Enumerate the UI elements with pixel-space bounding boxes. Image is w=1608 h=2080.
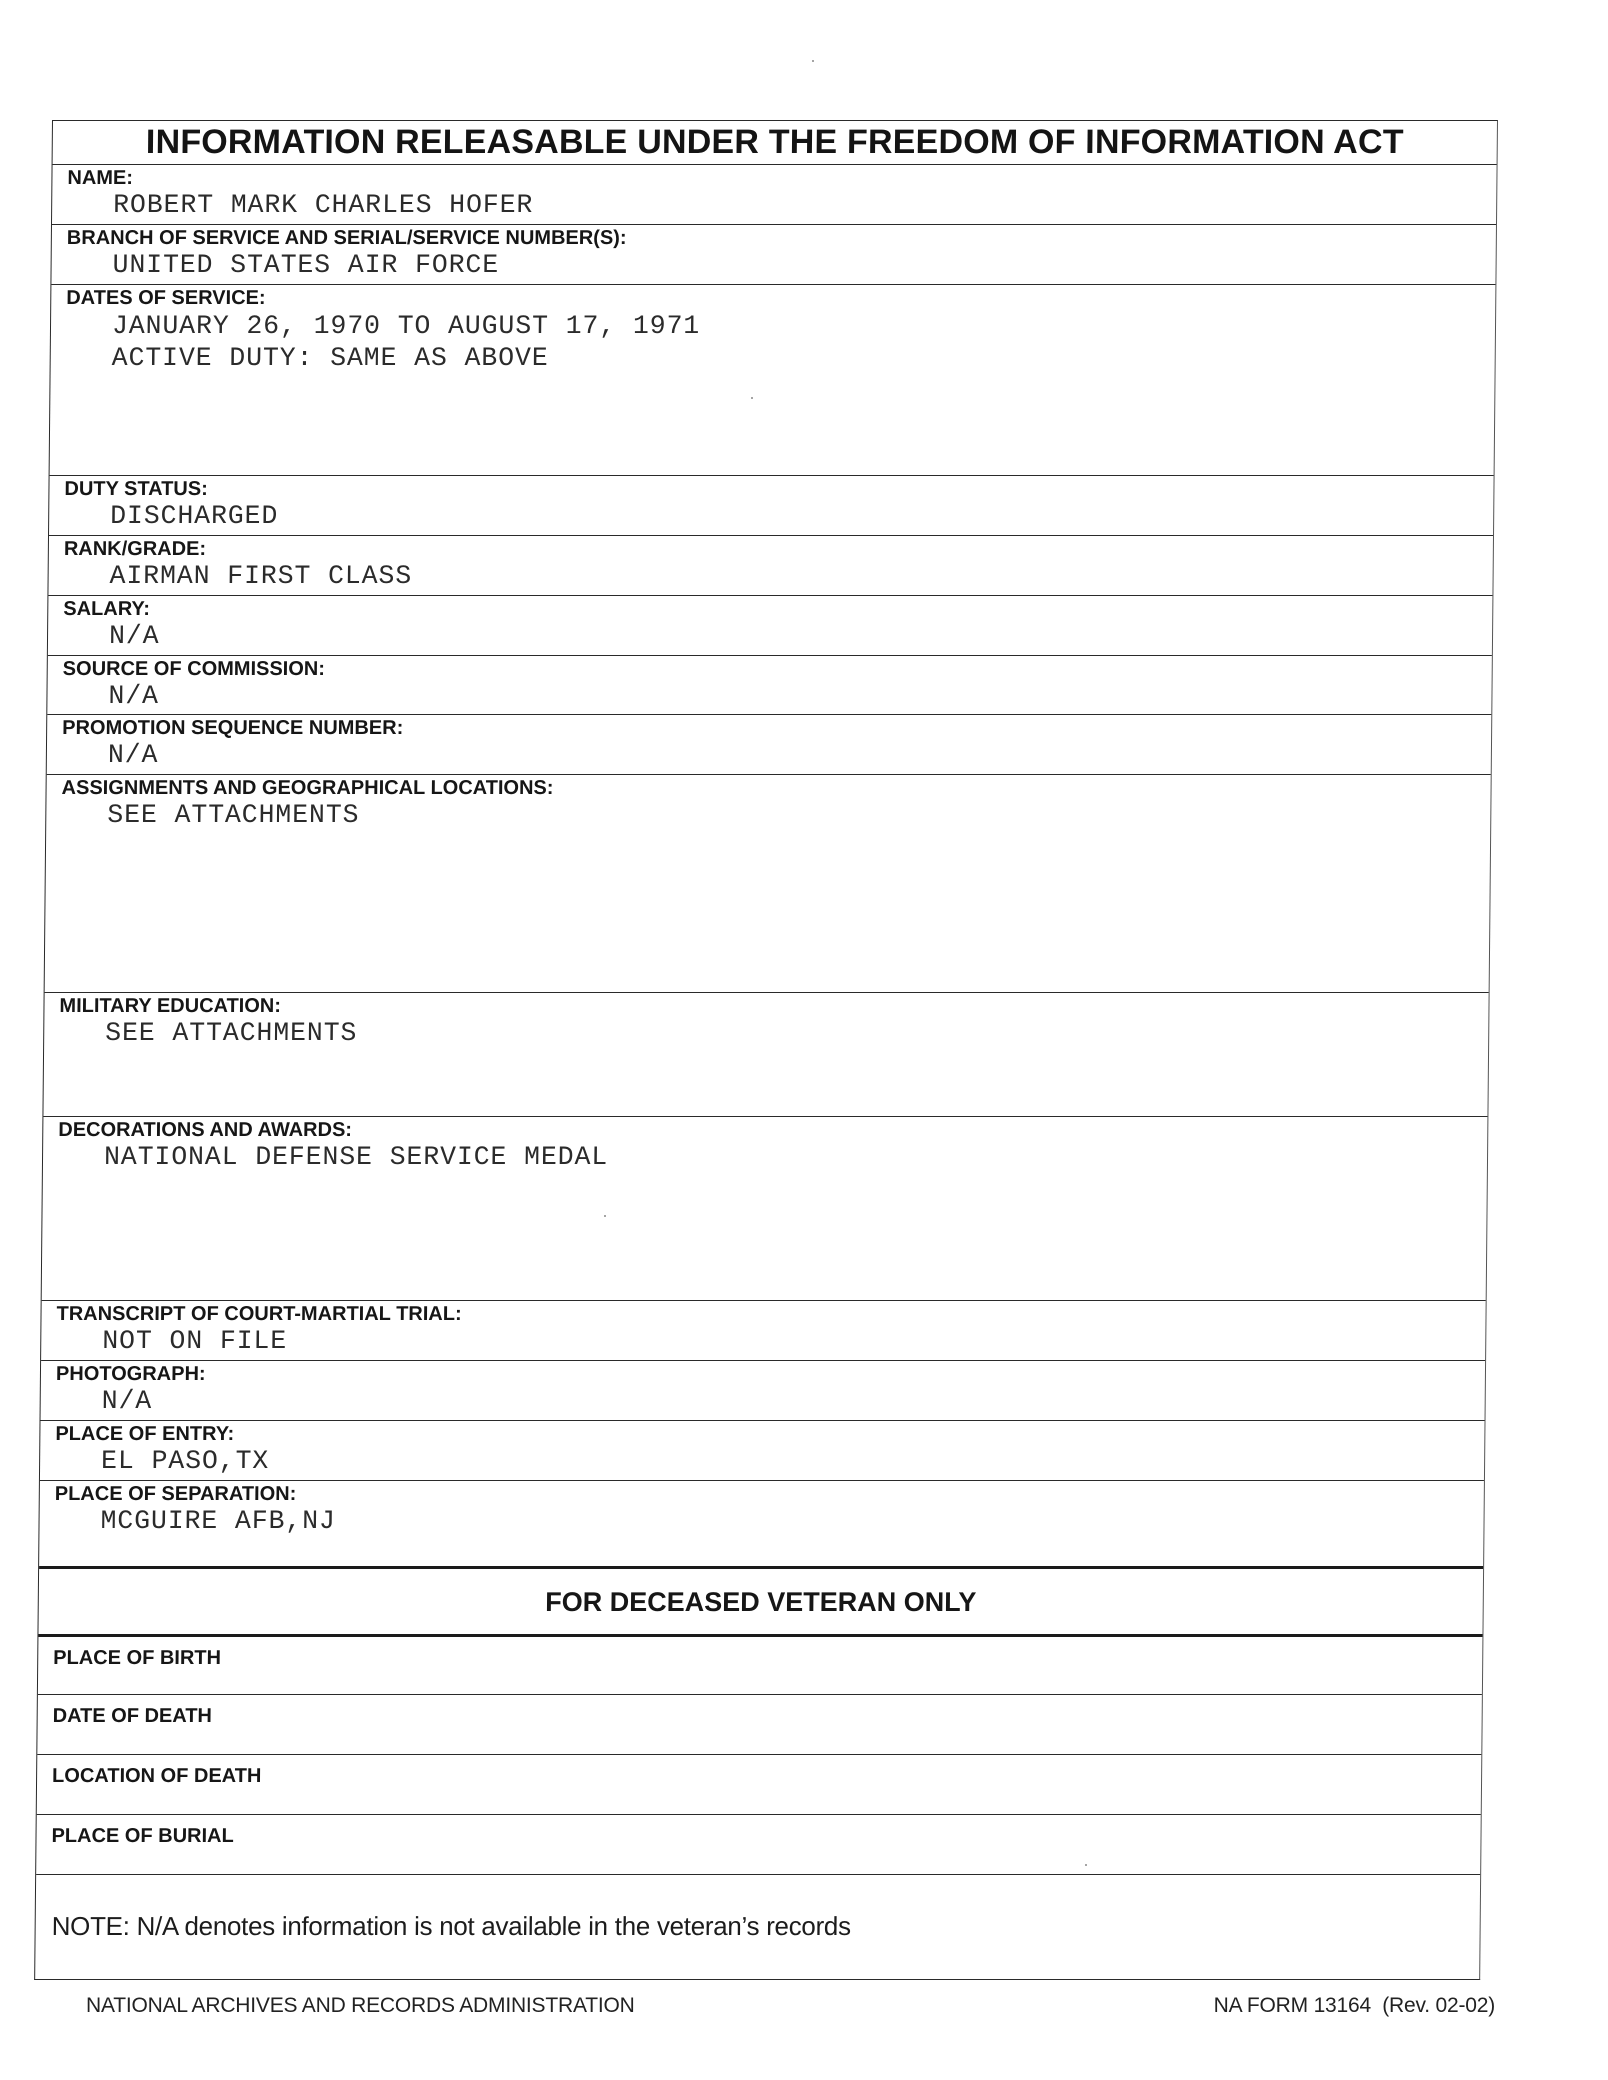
scan-speck — [1085, 1864, 1087, 1866]
field-duty-status: DUTY STATUS: DISCHARGED — [49, 475, 1494, 535]
field-label: NAME: — [67, 167, 133, 189]
field-label: DATES OF SERVICE: — [66, 287, 266, 309]
deceased-section-header: FOR DECEASED VETERAN ONLY — [38, 1569, 1483, 1634]
foia-release-form: INFORMATION RELEASABLE UNDER THE FREEDOM… — [34, 120, 1498, 1980]
field-value: N/A — [102, 1386, 153, 1417]
field-name: NAME: ROBERT MARK CHARLES HOFER — [52, 164, 1497, 224]
field-label: PLACE OF BIRTH — [53, 1647, 221, 1669]
field-promotion-sequence-number: PROMOTION SEQUENCE NUMBER: N/A — [47, 714, 1492, 774]
field-value: SEE ATTACHMENTS — [105, 1018, 357, 1049]
field-value: ROBERT MARK CHARLES HOFER — [113, 190, 533, 221]
scan-speck — [751, 397, 753, 399]
field-value: N/A — [108, 681, 159, 712]
field-salary: SALARY: N/A — [48, 595, 1493, 655]
deceased-section-header-row: FOR DECEASED VETERAN ONLY — [38, 1566, 1483, 1634]
scan-speck — [604, 1215, 606, 1217]
field-label: PHOTOGRAPH: — [56, 1363, 206, 1385]
field-place-of-birth: PLACE OF BIRTH — [38, 1634, 1483, 1694]
field-value: DISCHARGED — [110, 501, 278, 532]
field-label: MILITARY EDUCATION: — [59, 995, 281, 1017]
field-label: DUTY STATUS: — [64, 478, 208, 500]
field-label: SOURCE OF COMMISSION: — [63, 658, 325, 680]
field-label: TRANSCRIPT OF COURT-MARTIAL TRIAL: — [56, 1303, 461, 1325]
field-court-martial-transcript: TRANSCRIPT OF COURT-MARTIAL TRIAL: NOT O… — [41, 1300, 1486, 1360]
field-value: EL PASO,TX — [101, 1446, 269, 1477]
field-label: PLACE OF BURIAL — [51, 1825, 233, 1847]
field-label: PLACE OF ENTRY: — [55, 1423, 234, 1445]
field-label: LOCATION OF DEATH — [52, 1765, 261, 1787]
field-value: NOT ON FILE — [102, 1326, 287, 1357]
form-title: INFORMATION RELEASABLE UNDER THE FREEDOM… — [53, 121, 1497, 164]
field-rank-grade: RANK/GRADE: AIRMAN FIRST CLASS — [48, 535, 1493, 595]
field-decorations-and-awards: DECORATIONS AND AWARDS: NATIONAL DEFENSE… — [42, 1116, 1488, 1300]
field-value: SEE ATTACHMENTS — [107, 800, 359, 831]
note-row: NOTE: N/A denotes information is not ava… — [35, 1874, 1480, 1981]
field-label: PROMOTION SEQUENCE NUMBER: — [62, 717, 403, 739]
form-title-row: INFORMATION RELEASABLE UNDER THE FREEDOM… — [53, 121, 1497, 164]
field-branch-of-service: BRANCH OF SERVICE AND SERIAL/SERVICE NUM… — [51, 224, 1496, 284]
field-label: SALARY: — [63, 598, 150, 620]
field-label: RANK/GRADE: — [64, 538, 206, 560]
field-value: MCGUIRE AFB,NJ — [100, 1506, 336, 1537]
field-place-of-burial: PLACE OF BURIAL — [36, 1814, 1481, 1874]
field-date-of-death: DATE OF DEATH — [37, 1694, 1482, 1754]
field-military-education: MILITARY EDUCATION: SEE ATTACHMENTS — [43, 992, 1488, 1116]
field-label: DATE OF DEATH — [53, 1705, 212, 1727]
field-photograph: PHOTOGRAPH: N/A — [41, 1360, 1486, 1420]
field-value: N/A — [109, 621, 160, 652]
field-location-of-death: LOCATION OF DEATH — [37, 1754, 1482, 1814]
field-value: AIRMAN FIRST CLASS — [109, 561, 412, 592]
field-dates-of-service: DATES OF SERVICE: JANUARY 26, 1970 TO AU… — [50, 284, 1496, 475]
field-value: JANUARY 26, 1970 TO AUGUST 17, 1971 — [112, 311, 700, 342]
field-value: NATIONAL DEFENSE SERVICE MEDAL — [104, 1142, 608, 1173]
field-label: ASSIGNMENTS AND GEOGRAPHICAL LOCATIONS: — [61, 777, 553, 799]
field-place-of-separation: PLACE OF SEPARATION: MCGUIRE AFB,NJ — [39, 1480, 1484, 1566]
document-page: INFORMATION RELEASABLE UNDER THE FREEDOM… — [0, 0, 1608, 2080]
field-value: N/A — [108, 740, 159, 771]
footer-agency: NATIONAL ARCHIVES AND RECORDS ADMINISTRA… — [86, 1993, 635, 2019]
scan-speck — [812, 60, 814, 62]
field-value: UNITED STATES AIR FORCE — [112, 250, 499, 281]
field-label: PLACE OF SEPARATION: — [55, 1483, 297, 1505]
field-value-line2: ACTIVE DUTY: SAME AS ABOVE — [112, 343, 549, 374]
na-note: NOTE: N/A denotes information is not ava… — [52, 1911, 851, 1941]
field-label: DECORATIONS AND AWARDS: — [58, 1119, 352, 1141]
field-label: BRANCH OF SERVICE AND SERIAL/SERVICE NUM… — [67, 227, 627, 249]
field-assignments: ASSIGNMENTS AND GEOGRAPHICAL LOCATIONS: … — [45, 774, 1491, 992]
footer-form-number: NA FORM 13164 (Rev. 02-02) — [1214, 1993, 1495, 2019]
field-source-of-commission: SOURCE OF COMMISSION: N/A — [47, 655, 1492, 714]
field-place-of-entry: PLACE OF ENTRY: EL PASO,TX — [40, 1420, 1485, 1480]
